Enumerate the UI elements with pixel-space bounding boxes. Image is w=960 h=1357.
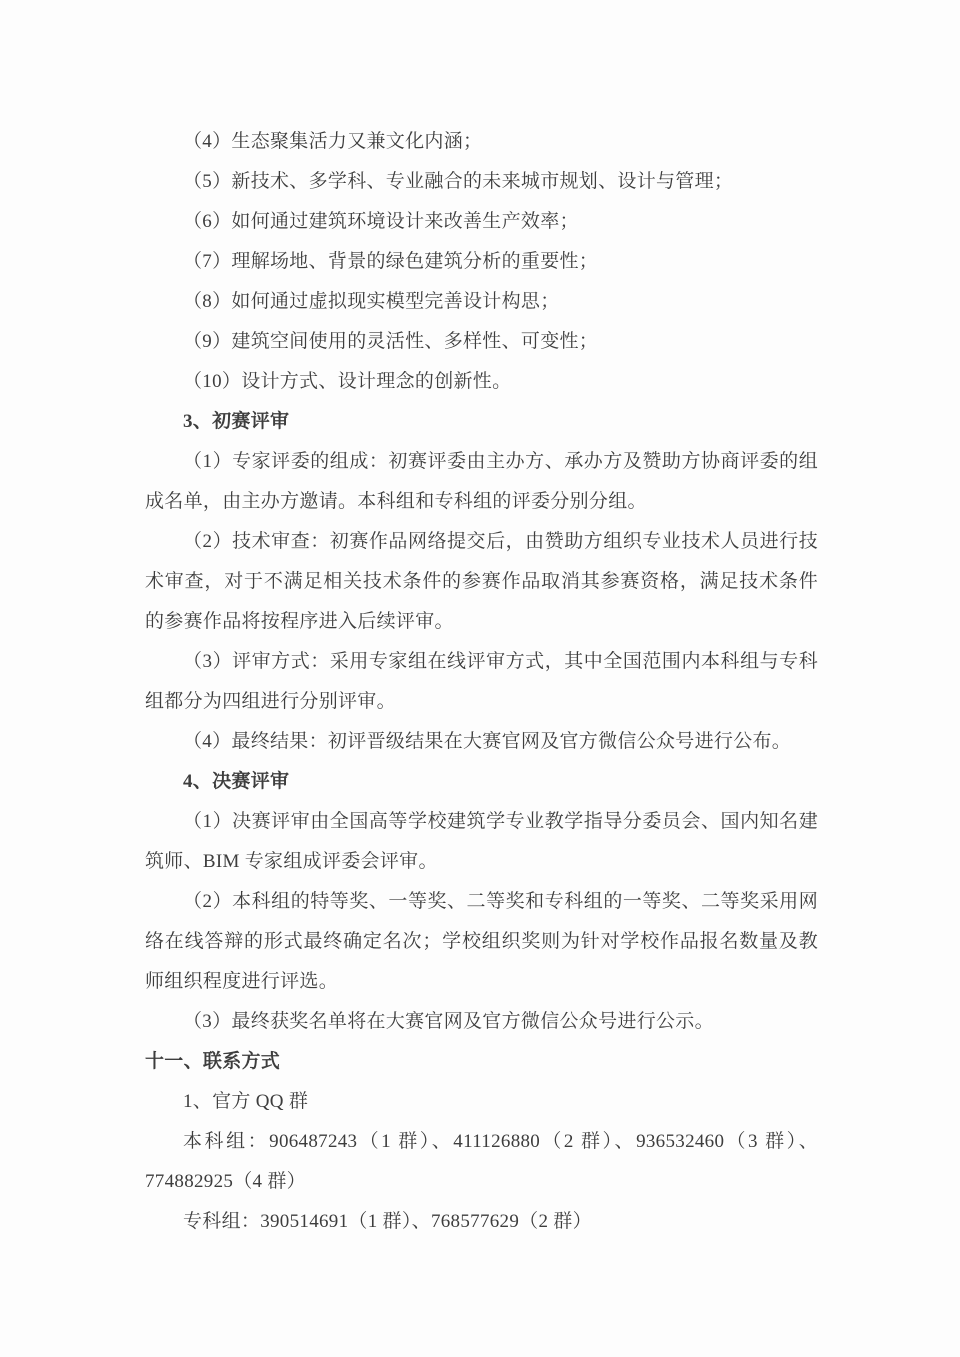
undergraduate-qq-groups: 本科组：906487243（1 群）、411126880（2 群）、936532… bbox=[145, 1122, 818, 1202]
criteria-item-8: （8）如何通过虚拟现实模型完善设计构思； bbox=[145, 282, 818, 322]
document-page: （4）生态聚集活力又兼文化内涵； （5）新技术、多学科、专业融合的未来城市规划、… bbox=[0, 0, 960, 1357]
preliminary-paragraph-4: （4）最终结果：初评晋级结果在大赛官网及官方微信公众号进行公布。 bbox=[145, 722, 818, 762]
document-content: （4）生态聚集活力又兼文化内涵； （5）新技术、多学科、专业融合的未来城市规划、… bbox=[145, 122, 818, 1242]
heading-final-review: 4、决赛评审 bbox=[145, 762, 818, 802]
criteria-item-10: （10）设计方式、设计理念的创新性。 bbox=[145, 362, 818, 402]
preliminary-paragraph-2: （2）技术审查：初赛作品网络提交后，由赞助方组织专业技术人员进行技术审查，对于不… bbox=[145, 522, 818, 642]
college-qq-groups: 专科组：390514691（1 群）、768577629（2 群） bbox=[145, 1202, 818, 1242]
final-paragraph-3: （3）最终获奖名单将在大赛官网及官方微信公众号进行公示。 bbox=[145, 1002, 818, 1042]
criteria-item-4: （4）生态聚集活力又兼文化内涵； bbox=[145, 122, 818, 162]
criteria-item-9: （9）建筑空间使用的灵活性、多样性、可变性； bbox=[145, 322, 818, 362]
final-paragraph-2: （2）本科组的特等奖、一等奖、二等奖和专科组的一等奖、二等奖采用网络在线答辩的形… bbox=[145, 882, 818, 1002]
criteria-item-7: （7）理解场地、背景的绿色建筑分析的重要性； bbox=[145, 242, 818, 282]
qq-group-heading: 1、官方 QQ 群 bbox=[145, 1082, 818, 1122]
criteria-item-5: （5）新技术、多学科、专业融合的未来城市规划、设计与管理； bbox=[145, 162, 818, 202]
heading-contact: 十一、联系方式 bbox=[145, 1042, 818, 1082]
preliminary-paragraph-1: （1）专家评委的组成：初赛评委由主办方、承办方及赞助方协商评委的组成名单，由主办… bbox=[145, 442, 818, 522]
final-paragraph-1: （1）决赛评审由全国高等学校建筑学专业教学指导分委员会、国内知名建筑师、BIM … bbox=[145, 802, 818, 882]
heading-preliminary-review: 3、初赛评审 bbox=[145, 402, 818, 442]
preliminary-paragraph-3: （3）评审方式：采用专家组在线评审方式，其中全国范围内本科组与专科组都分为四组进… bbox=[145, 642, 818, 722]
criteria-item-6: （6）如何通过建筑环境设计来改善生产效率； bbox=[145, 202, 818, 242]
